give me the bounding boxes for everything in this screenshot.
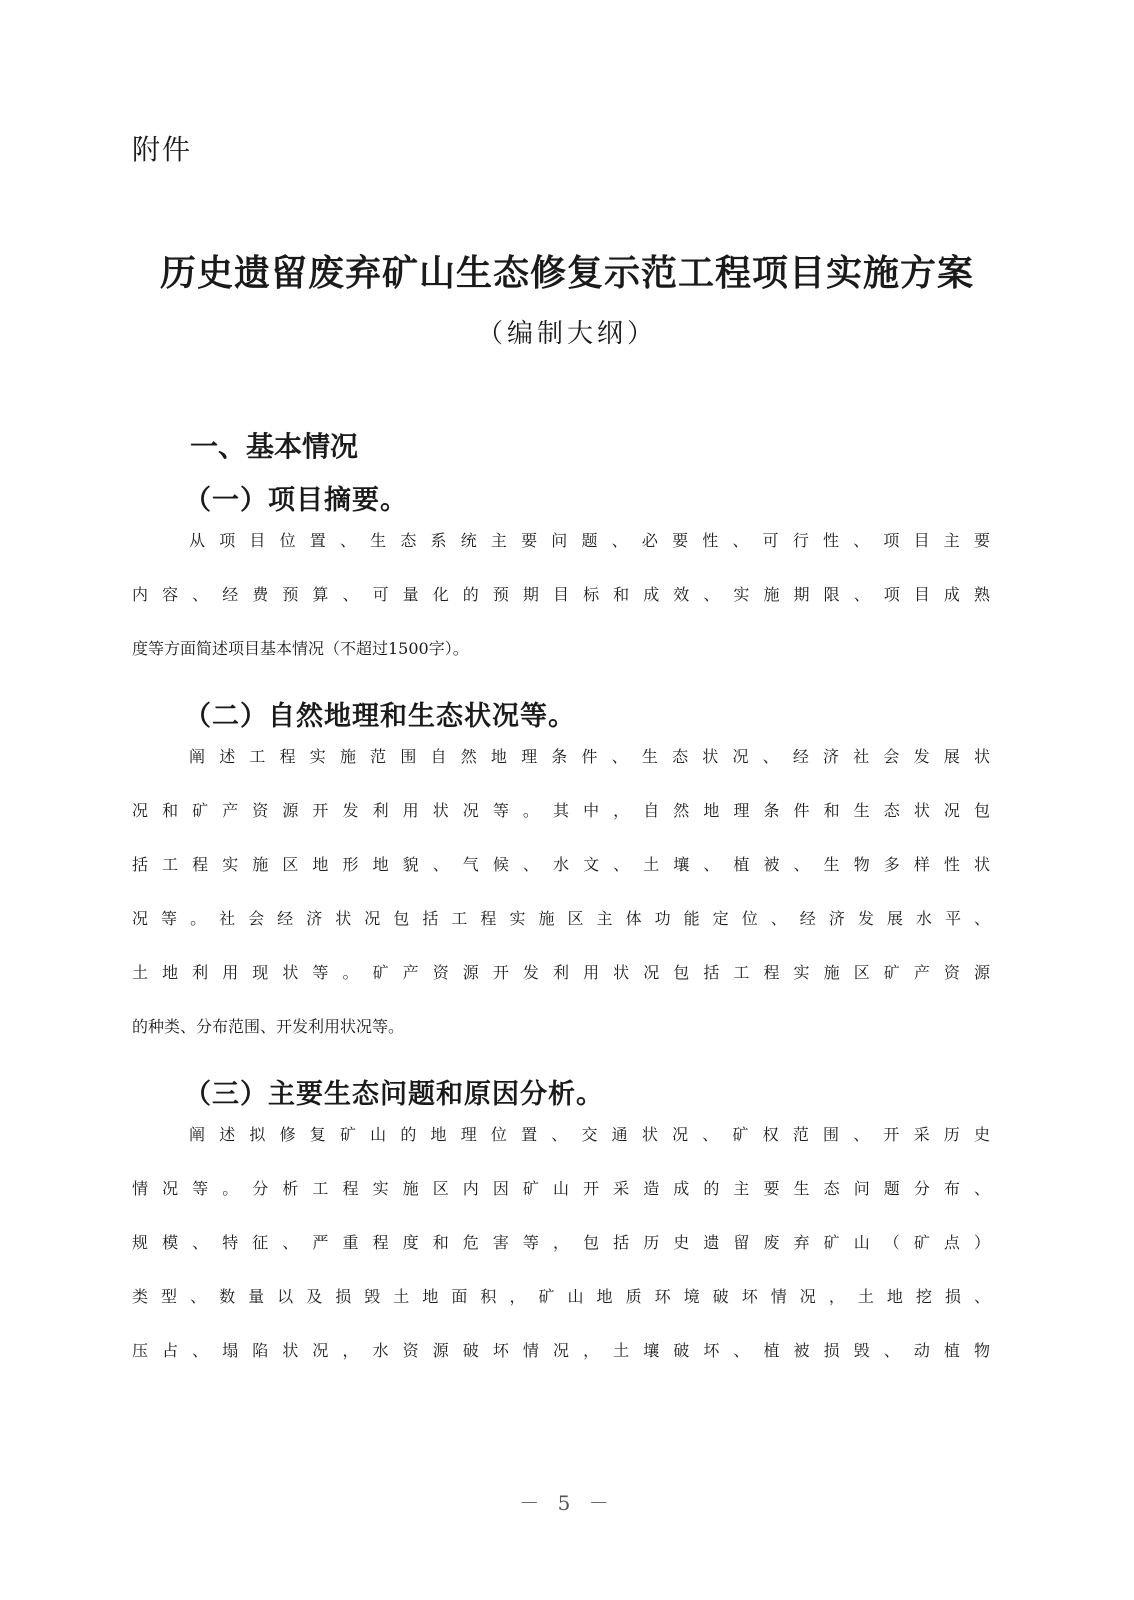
text-line: 规模、特征、严重程度和危害等，包括历史遗留废弃矿山（矿点） — [132, 1230, 990, 1284]
document-title: 历史遗留废弃矿山生态修复示范工程项目实施方案 — [0, 248, 1134, 298]
text-line: 的种类、分布范围、开发利用状况等。 — [132, 1014, 990, 1068]
document-subtitle: （编制大纲） — [0, 314, 1134, 354]
text-line: 况等。社会经济状况包括工程实施区主体功能定位、经济发展水平、 — [132, 906, 990, 960]
text-line: 阐述拟修复矿山的地理位置、交通状况、矿权范围、开采历史 — [132, 1122, 990, 1176]
subsection-heading-natural-geography: （二）自然地理和生态状况等。 — [132, 690, 990, 744]
page-number: － 5 － — [0, 1488, 1134, 1518]
text-line: 括工程实施区地形地貌、气候、水文、土壤、植被、生物多样性状 — [132, 852, 990, 906]
paragraph-ecological-problems: 阐述拟修复矿山的地理位置、交通状况、矿权范围、开采历史 情况等。分析工程实施区内… — [132, 1122, 990, 1392]
subsection-heading-ecological-problems: （三）主要生态问题和原因分析。 — [132, 1068, 990, 1122]
paragraph-natural-geography: 阐述工程实施范围自然地理条件、生态状况、经济社会发展状 况和矿产资源开发利用状况… — [132, 744, 990, 1068]
subsection-heading-project-summary: （一）项目摘要。 — [132, 474, 990, 528]
document-body: 一、基本情况 （一）项目摘要。 从项目位置、生态系统主要问题、必要性、可行性、项… — [132, 420, 990, 1392]
text-line: 度等方面简述项目基本情况（不超过1500字）。 — [132, 636, 990, 690]
text-line: 土地利用现状等。矿产资源开发利用状况包括工程实施区矿产资源 — [132, 960, 990, 1014]
document-page: 附件 历史遗留废弃矿山生态修复示范工程项目实施方案 （编制大纲） 一、基本情况 … — [0, 0, 1134, 1600]
text-line: 况和矿产资源开发利用状况等。其中，自然地理条件和生态状况包 — [132, 798, 990, 852]
text-line: 内容、经费预算、可量化的预期目标和成效、实施期限、项目成熟 — [132, 582, 990, 636]
paragraph-project-summary: 从项目位置、生态系统主要问题、必要性、可行性、项目主要 内容、经费预算、可量化的… — [132, 528, 990, 690]
text-line: 从项目位置、生态系统主要问题、必要性、可行性、项目主要 — [132, 528, 990, 582]
text-line: 情况等。分析工程实施区内因矿山开采造成的主要生态问题分布、 — [132, 1176, 990, 1230]
text-line: 类型、数量以及损毁土地面积，矿山地质环境破坏情况，土地挖损、 — [132, 1284, 990, 1338]
text-line: 阐述工程实施范围自然地理条件、生态状况、经济社会发展状 — [132, 744, 990, 798]
section-heading-basic-info: 一、基本情况 — [132, 420, 990, 474]
text-line: 压占、塌陷状况，水资源破坏情况，土壤破坏、植被损毁、动植物 — [132, 1338, 990, 1392]
attachment-label: 附件 — [132, 130, 192, 170]
